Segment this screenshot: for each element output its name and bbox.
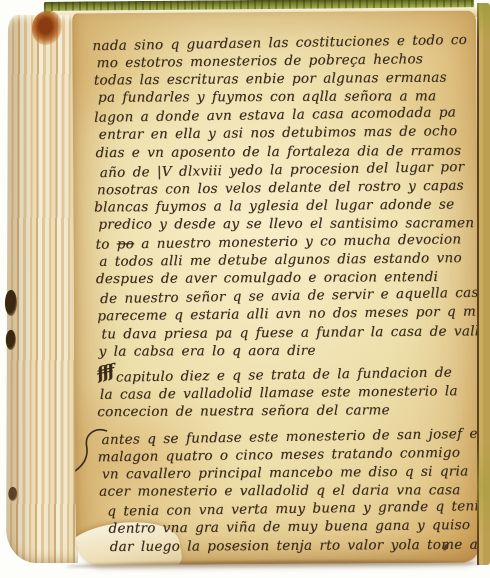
handwriting-text: concecion de nuestra señora del carme — [97, 402, 390, 420]
manuscript-photo: nada sino q guardasen las costituciones … — [0, 0, 490, 578]
ink-stain-spot — [8, 487, 17, 501]
handwriting-line: y la cabsa era lo q aora dire — [99, 341, 480, 361]
manuscript-paragraph: nada sino q guardasen las costituciones … — [95, 32, 480, 362]
handwriting-line: tu dava priesa pa q fuese a fundar la ca… — [102, 322, 480, 343]
handwriting-text: a todos alli me detube algunos dias esta… — [99, 250, 462, 270]
manuscript-page: nada sino q guardasen las costituciones … — [72, 11, 480, 566]
handwriting-text: to — [95, 236, 116, 252]
book-cover-edge — [477, 3, 490, 565]
handwriting-text: tu dava priesa pa q fuese a fundar la ca… — [102, 322, 480, 342]
handwriting-line: concecion de nuestra señora del carme — [97, 401, 480, 422]
handwriting-text: vn cavallero principal mancebo me diso q… — [102, 464, 469, 483]
ink-stain-spot — [6, 330, 16, 350]
text-block: nada sino q guardasen las costituciones … — [95, 32, 480, 557]
handwriting-text: blancas fuymos a la yglesia del lugar ad… — [94, 196, 454, 215]
manuscript-paragraph: fffcapitulo diez e q se trata de la fund… — [99, 364, 480, 422]
handwriting-line: dar luego la posesion tenja rto valor yo… — [109, 535, 480, 555]
page-stack-fore-edge — [6, 15, 80, 563]
manuscript-paragraph: antes q se fundase este monesterio de sa… — [99, 426, 479, 557]
handwriting-text: pareceme q estaria alli avn no dos meses… — [97, 303, 480, 324]
handwriting-text: todas las escrituras enbie por algunas e… — [93, 70, 446, 89]
ink-stain-spot — [5, 290, 17, 316]
handwriting-text: y la cabsa era lo q aora dire — [99, 342, 316, 359]
chapter-mark: fff — [95, 361, 115, 384]
struck-word: po — [116, 236, 134, 252]
handwriting-text: dar luego la posesion tenja rto valor yo… — [109, 536, 477, 554]
handwriting-text: dentro vna gra viña de muy buena gana y … — [108, 517, 470, 537]
handwriting-line: dentro vna gra viña de muy buena gana y … — [108, 516, 480, 538]
handwriting-text: la casa de valladolid llamase este mones… — [100, 383, 458, 403]
handwriting-text: entrar en ella y asi nos detubimos mas d… — [99, 124, 458, 144]
handwriting-text: pa fundarles y fuymos con aqlla señora a… — [98, 89, 436, 106]
handwriting-line: blancas fuymos a la yglesia del lugar ad… — [94, 195, 479, 216]
rust-stain — [32, 11, 62, 45]
